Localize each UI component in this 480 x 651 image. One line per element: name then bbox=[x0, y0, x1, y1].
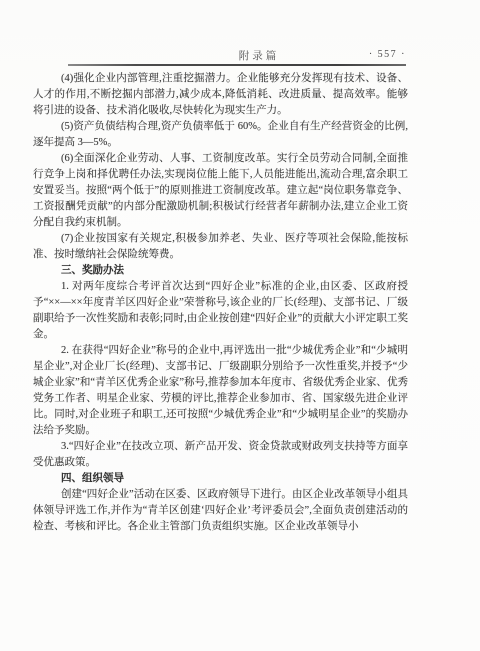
running-head-title: 附录篇 bbox=[38, 48, 480, 63]
paragraph: 2. 在获得“四好企业”称号的企业中,再评选出一批“少城优秀企业”和“少城明星企… bbox=[33, 343, 408, 439]
paragraph: (6)全面深化企业劳动、人事、工资制度改革。实行全员劳动合同制,全面推行竞争上岗… bbox=[33, 151, 408, 231]
paragraph: (7)企业按国家有关规定,积极参加养老、失业、医疗等项社会保险,能按标准、按时缴… bbox=[33, 231, 408, 263]
paragraph: 1. 对两年度综合考评首次达到“四好企业”标准的企业,由区委、区政府授予“××—… bbox=[33, 279, 408, 343]
document-page: 附录篇 · 557 · (4)强化企业内部管理,注重挖掘潜力。企业能够充分发挥现… bbox=[0, 0, 480, 651]
section-heading: 四、组织领导 bbox=[33, 471, 408, 487]
paragraph: 3.“四好企业”在技改立项、新产品开发、资金贷款或财政列支扶持等方面享受优惠政策… bbox=[33, 439, 408, 471]
page-body: (4)强化企业内部管理,注重挖掘潜力。企业能够充分发挥现有技术、设备、人才的作用… bbox=[33, 71, 408, 535]
paragraph: 创建“四好企业”活动在区委、区政府领导下进行。由区企业改革领导小组具体领导评选工… bbox=[33, 487, 408, 535]
header-rule bbox=[68, 64, 406, 66]
paragraph: (4)强化企业内部管理,注重挖掘潜力。企业能够充分发挥现有技术、设备、人才的作用… bbox=[33, 71, 408, 119]
paragraph: (5)资产负债结构合理,资产负债率低于 60%。企业自有生产经营资金的比例,逐年… bbox=[33, 119, 408, 151]
section-heading: 三、奖励办法 bbox=[33, 263, 408, 279]
page-number: · 557 · bbox=[369, 49, 406, 60]
